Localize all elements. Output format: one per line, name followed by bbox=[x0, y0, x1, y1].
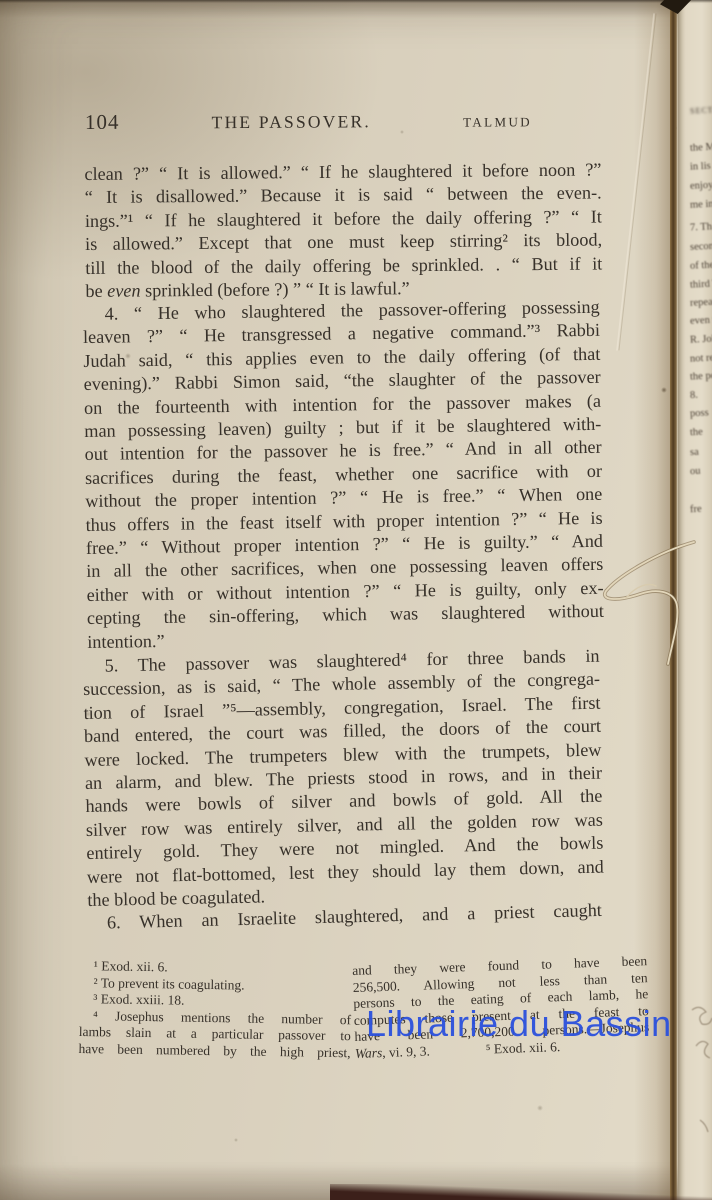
running-head: TALMUD bbox=[463, 114, 532, 130]
paragraph-4: 4. “ He who slaughtered the passover-off… bbox=[83, 296, 605, 654]
book-photo: 104 THE PASSOVER. TALMUD clean ?” “ It i… bbox=[0, 0, 712, 1200]
facing-text-fragment: the Mod bbox=[690, 141, 712, 154]
facing-text-fragment: poss bbox=[690, 408, 709, 420]
text-run: sprinkled (before ?) ” “ It is lawful.” bbox=[140, 278, 409, 300]
facing-text-fragment: in lis o bbox=[690, 160, 712, 172]
facing-text-fragment: enjoy bo bbox=[690, 179, 712, 192]
paragraph-continuation: clean ?” “ It is allowed.” “ If he slaug… bbox=[84, 158, 602, 303]
text-line: till the blood of the daily offering be … bbox=[85, 252, 602, 280]
facing-text-fragment: 8. bbox=[690, 390, 698, 401]
facing-text-fragment: ou bbox=[690, 466, 701, 478]
body-text: clean ?” “ It is allowed.” “ If he slaug… bbox=[85, 163, 602, 935]
photo-top-shadow bbox=[0, 0, 712, 3]
facing-text-fragment: the po bbox=[690, 370, 712, 382]
facing-text-fragment: R. John bbox=[690, 333, 712, 346]
page-header: 104 THE PASSOVER. TALMUD bbox=[85, 107, 532, 135]
facing-text-fragment: not rea bbox=[690, 352, 712, 364]
bookseller-watermark: Librairie du Bassin bbox=[366, 1003, 672, 1045]
italic-run: even bbox=[107, 281, 140, 301]
facing-text-fragment: me in th bbox=[690, 198, 712, 211]
facing-text-fragment: of the fi bbox=[690, 259, 712, 272]
facing-text-fragment: the bbox=[690, 427, 703, 439]
facing-text-fragment: fre bbox=[690, 504, 702, 516]
text-run: be bbox=[85, 281, 107, 301]
paragraph-5: 5. The passover was slaughtered⁴ for thr… bbox=[82, 644, 604, 912]
page-title: THE PASSOVER. bbox=[212, 111, 371, 133]
text-run: , vi. 9, 3. bbox=[382, 1043, 430, 1060]
page-number: 104 bbox=[85, 110, 120, 135]
facing-text-fragment: sa bbox=[690, 447, 699, 458]
facing-text-fragment: even tho bbox=[690, 314, 712, 327]
facing-text-fragment: 7. Th bbox=[690, 221, 712, 233]
facing-text-fragment: repeated bbox=[690, 296, 712, 309]
footnotes-left-column: ¹ Exod. xii. 6. ² To prevent its coagula… bbox=[78, 958, 352, 1062]
dark-edge-bottom-right bbox=[330, 1184, 712, 1200]
facing-text-fragment: SECT. bbox=[690, 105, 712, 115]
spacer bbox=[430, 1054, 486, 1056]
facing-text-fragment: second w bbox=[690, 240, 712, 253]
facing-page-edge: SECT. the Mod in lis o enjoy bo me in th… bbox=[678, 0, 712, 1200]
italic-run: Wars bbox=[355, 1045, 383, 1061]
facing-text-fragment: third T bbox=[690, 278, 712, 290]
